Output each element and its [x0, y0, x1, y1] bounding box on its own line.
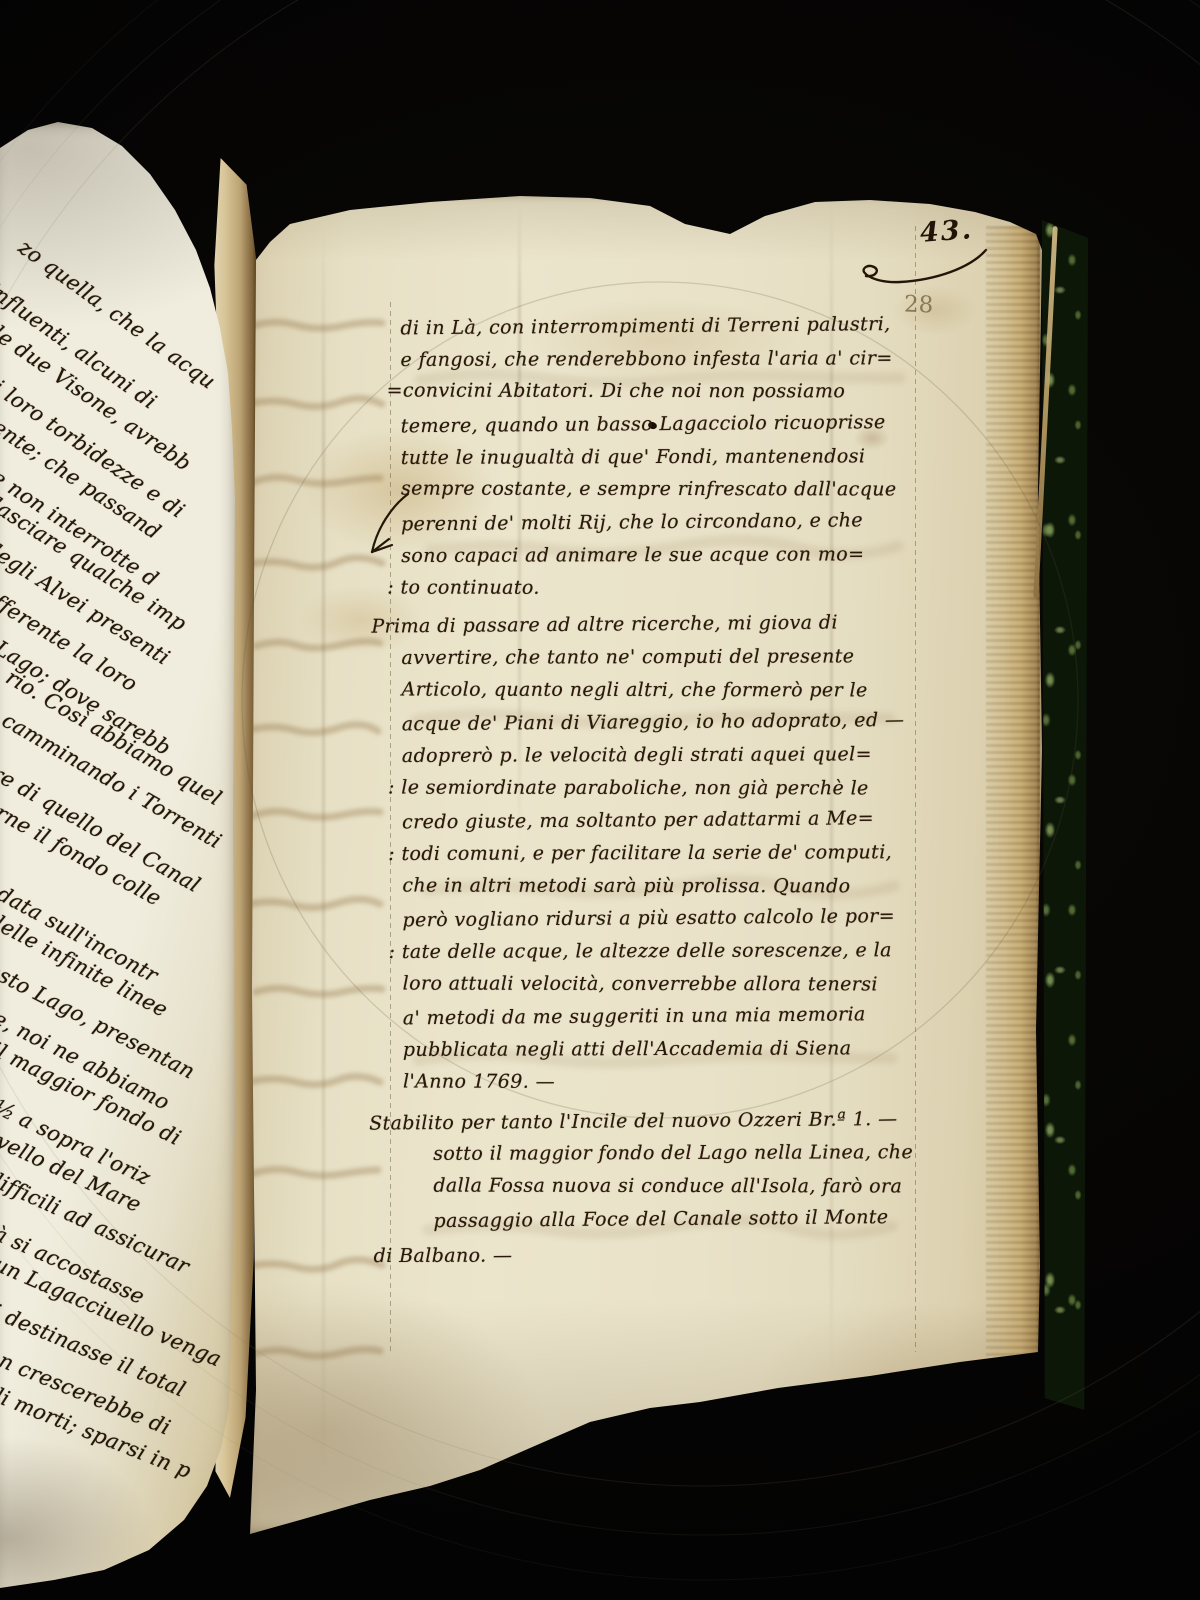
manuscript-line: adoprerò p. le velocità degli strati aqu… — [388, 738, 954, 773]
manuscript-line: perenni de' molti Rij, che lo circondano… — [387, 504, 953, 542]
manuscript-line: passaggio alla Foce del Canale sotto il … — [389, 1200, 955, 1238]
left-page: zo quella, che la acqu influenti, alcuni… — [0, 118, 240, 1593]
page-number-flourish — [852, 246, 992, 294]
marbled-cover-edge — [1042, 220, 1088, 1410]
manuscript-line: : todi comuni, e per facilitare la serie… — [388, 836, 954, 871]
manuscript-line: Articolo, quanto negli altri, che former… — [388, 673, 954, 707]
paper-crease — [322, 230, 325, 1470]
manuscript-line: Stabilito per tanto l'Incile del nuovo O… — [369, 1102, 955, 1140]
manuscript-line: : to continuato. — [387, 571, 953, 605]
page-number: 43. — [919, 214, 974, 249]
manuscript-line: credo giuste, ma soltanto per adattarmi … — [388, 802, 954, 840]
manuscript-line: l'Anno 1769. — — [389, 1065, 955, 1099]
manuscript-line: sono capaci ad animare le sue acque con … — [387, 538, 953, 573]
manuscript-line: dalla Fossa nuova si conduce all'Isola, … — [389, 1169, 955, 1203]
manuscript-line: : le semiordinate paraboliche, non già p… — [388, 771, 954, 805]
manuscript-line: =convicini Abitatori. Di che noi non pos… — [387, 375, 953, 409]
manuscript-line: avvertire, che tanto ne' computi del pre… — [387, 640, 953, 675]
manuscript-line: di Balbano. — — [374, 1238, 956, 1273]
manuscript-line: però vogliano ridursi a più esatto calco… — [388, 900, 954, 938]
ink-bleed-through — [244, 286, 394, 1426]
manuscript-photo: 43. 28 di in Là, con interrompimenti di … — [0, 0, 1200, 1600]
manuscript-line: pubblicata negli atti dell'Accademia di … — [389, 1032, 955, 1067]
manuscript-line: sempre costante, e sempre rinfrescato da… — [387, 473, 953, 507]
manuscript-line: e fangosi, che renderebbono infesta l'ar… — [386, 342, 952, 377]
right-page: 43. 28 di in Là, con interrompimenti di … — [230, 190, 1044, 1535]
manuscript-line: loro attuali velocità, converrebbe allor… — [389, 967, 955, 1001]
manuscript-line: : tate delle acque, le altezze delle sor… — [389, 934, 955, 969]
deckle-page-edge — [986, 226, 1040, 1358]
manuscript-line: che in altri metodi sarà più prolissa. Q… — [388, 869, 954, 903]
manuscript-line: sotto il maggior fondo del Lago nella Li… — [389, 1136, 955, 1171]
manuscript-line: acque de' Piani di Viareggio, io ho adop… — [388, 704, 954, 742]
manuscript-text-block: di in Là, con interrompimenti di Terreni… — [386, 309, 955, 1273]
manuscript-line: Prima di passare ad altre ricerche, mi g… — [371, 606, 953, 644]
manuscript-line: di in Là, con interrompimenti di Terreni… — [386, 308, 952, 346]
manuscript-line: a' metodi da me suggeriti in una mia mem… — [389, 998, 955, 1036]
manuscript-line: temere, quando un basso Lagacciolo ricuo… — [387, 406, 953, 444]
manuscript-line: tutte le inugualtà di que' Fondi, manten… — [387, 440, 953, 475]
